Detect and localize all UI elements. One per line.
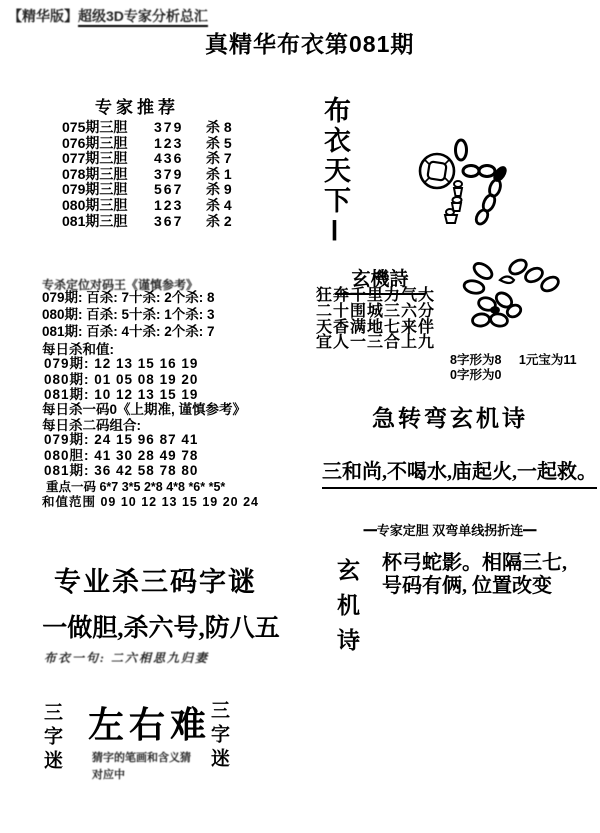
edition-line: 【精华版】超级3D专家分析总汇 — [8, 6, 208, 26]
row-kill: 杀 8 — [206, 120, 256, 136]
row-kill: 杀 4 — [206, 198, 256, 214]
daily-kill-row: 081期: 百杀: 4十杀: 2个杀: 7 — [42, 323, 215, 340]
table-row: 079期三胆567杀 9 — [62, 182, 256, 198]
buyi-sentence-line: 布衣一句: 二六相思九归妻 — [44, 649, 209, 666]
three-char-label-left: 三字迷 — [38, 702, 65, 774]
daily-kill-row: 079期: 百杀: 7十杀: 2个杀: 8 — [42, 289, 215, 306]
table-row: 077期三胆436杀 7 — [62, 151, 256, 167]
table-row: 075期三胆379杀 8 — [62, 120, 256, 136]
table-row: 076期三胆123杀 5 — [62, 136, 256, 152]
three-char-label-right: 三字迷 — [205, 700, 232, 772]
row-code: 367 — [154, 214, 206, 230]
poem-line: 二十围城三六分 — [316, 304, 435, 320]
sharp-turn-heading: 急转弯玄机诗 — [330, 400, 570, 433]
table-row: 081期三胆367杀 2 — [62, 214, 256, 230]
row-kill: 杀 2 — [206, 214, 256, 230]
couplet-line: 杯弓蛇影。相隔三七, — [382, 552, 567, 575]
table-row: 078期三胆379杀 1 — [62, 167, 256, 183]
ingot-chain-drawing — [455, 254, 567, 346]
row-code: 123 — [154, 198, 206, 214]
xuanji-vertical-label: 玄机诗 — [330, 558, 363, 663]
row-kill: 杀 7 — [206, 151, 256, 167]
sum-kill-rows: 079期: 12 13 15 16 19 080期: 01 05 08 19 2… — [44, 356, 198, 403]
row-code: 379 — [154, 120, 206, 136]
two-code-row: 080胆: 41 30 28 49 78 — [44, 448, 198, 464]
two-code-row: 079期: 24 15 96 87 41 — [44, 432, 198, 448]
expert-recommend-table: 075期三胆379杀 8 076期三胆123杀 5 077期三胆436杀 7 0… — [62, 120, 256, 229]
three-char-answer: 左右难 — [88, 697, 211, 748]
shape-caption-0: 0字形为0 — [450, 365, 501, 383]
row-code: 567 — [154, 182, 206, 198]
kill3-riddle-heading: 专业杀三码字谜 — [38, 560, 273, 599]
sum-kill-row: 079期: 12 13 15 16 19 — [44, 356, 198, 372]
shape-caption-yuanbao: 1元宝为11 — [519, 353, 577, 367]
sum-range-line: 和值范围 09 10 12 13 15 19 20 24 — [42, 492, 259, 510]
poem-line: 狂奔千里力气大 — [316, 288, 435, 304]
dan-riddle-line: 一做胆,杀六号,防八五 — [36, 608, 286, 644]
expert-recommend-heading: 专家推荐 — [95, 93, 179, 118]
row-kill: 杀 5 — [206, 136, 256, 152]
row-code: 436 — [154, 151, 206, 167]
edition-main: 超级3D专家分析总汇 — [78, 8, 208, 27]
table-row: 080期三胆123杀 4 — [62, 198, 256, 214]
row-issue: 075期三胆 — [62, 120, 154, 136]
two-code-rows: 079期: 24 15 96 87 41 080胆: 41 30 28 49 7… — [44, 432, 198, 479]
row-kill: 杀 1 — [206, 167, 256, 183]
chain-97-drawing — [410, 126, 518, 226]
row-issue: 080期三胆 — [62, 198, 154, 214]
couplet-line: 号码有俩, 位置改变 — [382, 575, 567, 598]
ingot-chain-drawing-svg — [455, 254, 567, 346]
row-issue: 081期三胆 — [62, 214, 154, 230]
dingdan-divider-line: ━专家定胆 双弯单线拐折连━ — [308, 520, 592, 539]
daily-kill-row: 080期: 百杀: 5十杀: 1个杀: 3 — [42, 306, 215, 323]
sharp-turn-line: 三和尚,不喝水,庙起火,一起救。 — [322, 455, 597, 489]
row-issue: 079期三胆 — [62, 182, 154, 198]
edition-prefix: 【精华版】 — [8, 8, 78, 24]
row-issue: 076期三胆 — [62, 136, 154, 152]
row-issue: 078期三胆 — [62, 167, 154, 183]
buyi-tianxia-title: 布衣天下Ⅰ — [316, 96, 355, 250]
lottery-analysis-sheet: 【精华版】超级3D专家分析总汇 真精华布衣第081期 专家推荐 075期三胆37… — [0, 0, 600, 833]
chain-97-drawing-svg — [410, 126, 518, 226]
one-code-line: 每日杀一码0《上期准, 谨慎参考》 — [42, 401, 246, 418]
page-title: 真精华布衣第081期 — [205, 26, 414, 59]
row-code: 379 — [154, 167, 206, 183]
row-code: 123 — [154, 136, 206, 152]
three-char-note-2: 对应中 — [92, 766, 125, 782]
xuanji-poem: 狂奔千里力气大 二十围城三六分 天香满地七来伴 宜人一三合上九 — [316, 288, 435, 351]
row-issue: 077期三胆 — [62, 151, 154, 167]
daily-kill-rows: 079期: 百杀: 7十杀: 2个杀: 8 080期: 百杀: 5十杀: 1个杀… — [42, 289, 215, 340]
poem-line: 宜人一三合上九 — [316, 335, 435, 351]
xuanji-couplet: 杯弓蛇影。相隔三七, 号码有俩, 位置改变 — [382, 552, 567, 598]
row-kill: 杀 9 — [206, 182, 256, 198]
sum-kill-row: 080期: 01 05 08 19 20 — [44, 372, 198, 388]
three-char-note-1: 猜字的笔画和含义猜 — [92, 749, 191, 765]
